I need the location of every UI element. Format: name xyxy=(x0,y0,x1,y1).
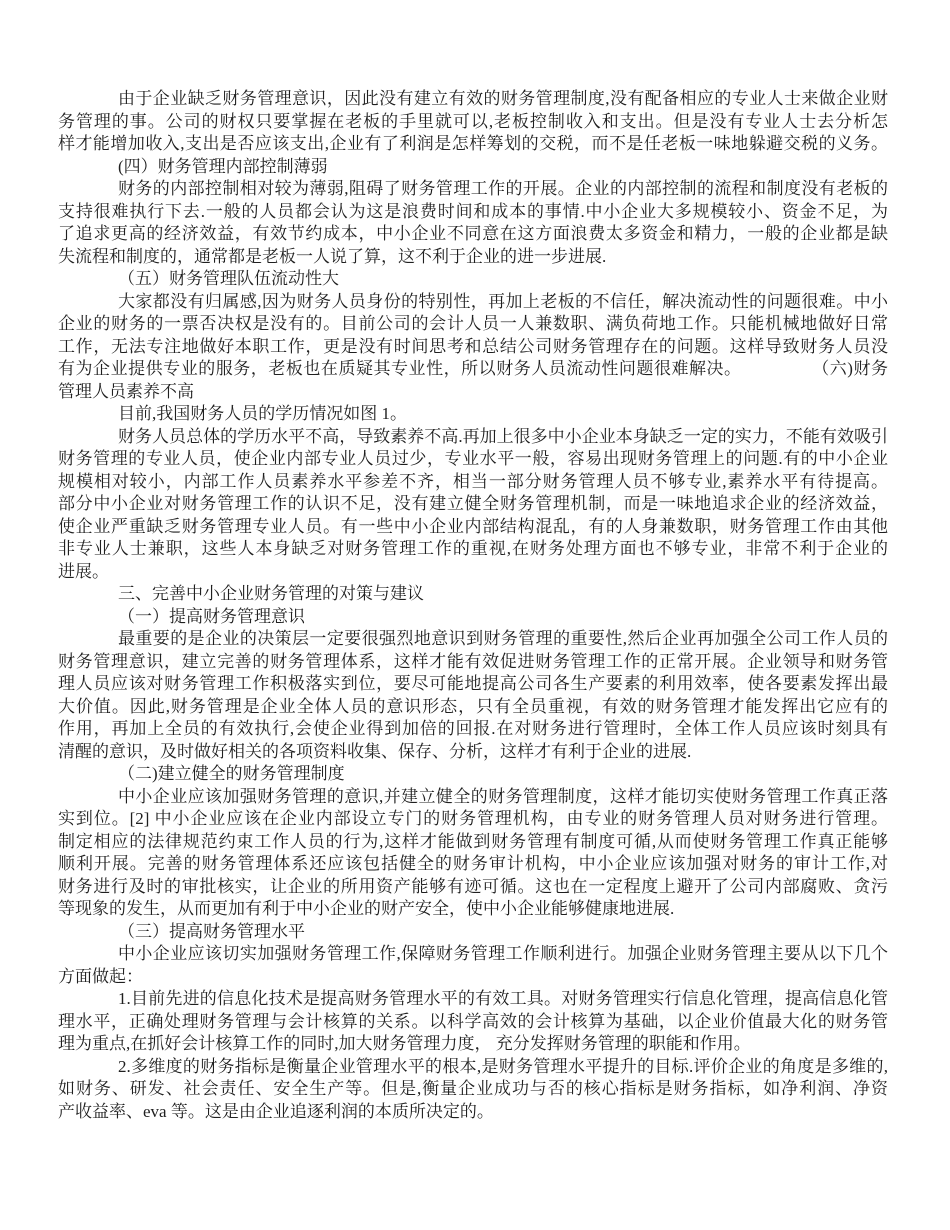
text-line: 使企业严重缺乏财务管理专业人员。有一些中小企业内部结构混乱，有的人身兼数职，财务… xyxy=(58,516,888,539)
text-line: 作用，再加上全员的有效执行,会使企业得到加倍的回报.在对财务进行管理时，全体工作… xyxy=(58,718,888,741)
text-line: 务管理的事。公司的财权只要掌握在老板的手里就可以,老板控制收入和支出。但是没有专… xyxy=(58,111,888,134)
text-line: 财务的内部控制相对较为薄弱,阻碍了财务管理工作的开展。企业的内部控制的流程和制度… xyxy=(58,178,888,201)
text-line: 大家都没有归属感,因为财务人员身份的特别性，再加上老板的不信任，解决流动性的问题… xyxy=(58,291,888,314)
text-line: （二)建立健全的财务管理制度 xyxy=(58,763,888,786)
text-line: 大价值。因此,财务管理是企业全体人员的意识形态，只有全员重视，有效的财务管理才能… xyxy=(58,696,888,719)
text-line: 中小企业应该切实加强财务管理工作,保障财务管理工作顺利进行。加强企业财务管理主要… xyxy=(58,943,888,966)
text-line: 管理人员素养不高 xyxy=(58,381,888,404)
text-line: 财务管理意识，建立完善的财务管理体系，这样才能有效促进财务管理工作的正常开展。企… xyxy=(58,651,888,674)
text-line: 企业的财务的一票否决权是没有的。目前公司的会计人员一人兼数职、满负荷地工作。只能… xyxy=(58,313,888,336)
text-line: 非专业人士兼职，这些人本身缺乏对财务管理工作的重视,在财务处理方面也不够专业，非… xyxy=(58,538,888,561)
text-line: 中小企业应该加强财务管理的意识,并建立健全的财务管理制度，这样才能切实使财务管理… xyxy=(58,786,888,809)
text-line: 如财务、研发、社会责任、安全生产等。但是,衡量企业成功与否的核心指标是财务指标，… xyxy=(58,1078,888,1101)
text-line: 2.多维度的财务指标是衡量企业管理水平的根本,是财务管理水平提升的目标.评价企业… xyxy=(58,1056,888,1079)
text-line: 进展。 xyxy=(58,561,888,584)
text-line: （一）提高财务管理意识 xyxy=(58,606,888,629)
text-line: 失流程和制度的，通常都是老板一人说了算，这不利于企业的进一步进展. xyxy=(58,246,888,269)
text-line: 部分中小企业对财务管理工作的认识不足，没有建立健全财务管理机制，而是一味地追求企… xyxy=(58,493,888,516)
document-body: 由于企业缺乏财务管理意识，因此没有建立有效的财务管理制度,没有配备相应的专业人士… xyxy=(58,88,888,1123)
text-line: 规模相对较小，内部工作人员素养水平参差不齐，相当一部分财务管理人员不够专业,素养… xyxy=(58,471,888,494)
text-line: 制定相应的法律规范约束工作人员的行为,这样才能做到财务管理有制度可循,从而使财务… xyxy=(58,831,888,854)
text-line: 样才能增加收入,支出是否应该支出,企业有了利润是怎样筹划的交税，而不是任老板一味… xyxy=(58,133,888,156)
document-page: 由于企业缺乏财务管理意识，因此没有建立有效的财务管理制度,没有配备相应的专业人士… xyxy=(0,0,950,1230)
text-line: 目前,我国财务人员的学历情况如图 1。 xyxy=(58,403,888,426)
text-line: 实到位。[2] 中小企业应该在企业内部设立专门的财务管理机构，由专业的财务管理人… xyxy=(58,808,888,831)
text-line: 顺利开展。完善的财务管理体系还应该包括健全的财务审计机构，中小企业应该加强对财务… xyxy=(58,853,888,876)
text-line: 方面做起： xyxy=(58,966,888,989)
text-line: 有为企业提供专业的服务，老板也在质疑其专业性，所以财务人员流动性问题很难解决。 … xyxy=(58,358,888,381)
text-line: (四）财务管理内部控制薄弱 xyxy=(58,156,888,179)
text-line: 财务进行及时的审批核实，让企业的所用资产能够有迹可循。这也在一定程度上避开了公司… xyxy=(58,876,888,899)
text-line: 财务管理的专业人员，使企业内部专业人员过少，专业水平一般，容易出现财务管理上的问… xyxy=(58,448,888,471)
text-line: 了追求更高的经济效益，有效节约成本，中小企业不同意在这方面浪费太多资金和精力，一… xyxy=(58,223,888,246)
text-line: 由于企业缺乏财务管理意识，因此没有建立有效的财务管理制度,没有配备相应的专业人士… xyxy=(58,88,888,111)
text-line: 理为重点,在抓好会计核算工作的同时,加大财务管理力度， 充分发挥财务管理的职能和… xyxy=(58,1033,888,1056)
text-line: 理水平，正确处理财务管理与会计核算的关系。以科学高效的会计核算为基础，以企业价值… xyxy=(58,1011,888,1034)
text-line: 支持很难执行下去.一般的人员都会认为这是浪费时间和成本的事情.中小企业大多规模较… xyxy=(58,201,888,224)
text-line: 产收益率、eva 等。这是由企业追逐利润的本质所决定的。 xyxy=(58,1101,888,1124)
text-line: 1.目前先进的信息化技术是提高财务管理水平的有效工具。对财务管理实行信息化管理，… xyxy=(58,988,888,1011)
text-line: 理人员应该对财务管理工作积极落实到位，要尽可能地提高公司各生产要素的利用效率，使… xyxy=(58,673,888,696)
text-line: 等现象的发生，从而更加有利于中小企业的财产安全，使中小企业能够健康地进展. xyxy=(58,898,888,921)
text-line: （五）财务管理队伍流动性大 xyxy=(58,268,888,291)
text-line: 最重要的是企业的决策层一定要很强烈地意识到财务管理的重要性,然后企业再加强全公司… xyxy=(58,628,888,651)
text-line: 财务人员总体的学历水平不高，导致素养不高.再加上很多中小企业本身缺乏一定的实力，… xyxy=(58,426,888,449)
text-line: （三）提高财务管理水平 xyxy=(58,921,888,944)
text-line: 三、完善中小企业财务管理的对策与建议 xyxy=(58,583,888,606)
text-line: 工作，无法专注地做好本职工作，更是没有时间思考和总结公司财务管理存在的问题。这样… xyxy=(58,336,888,359)
text-line: 清醒的意识，及时做好相关的各项资料收集、保存、分析，这样才有利于企业的进展. xyxy=(58,741,888,764)
